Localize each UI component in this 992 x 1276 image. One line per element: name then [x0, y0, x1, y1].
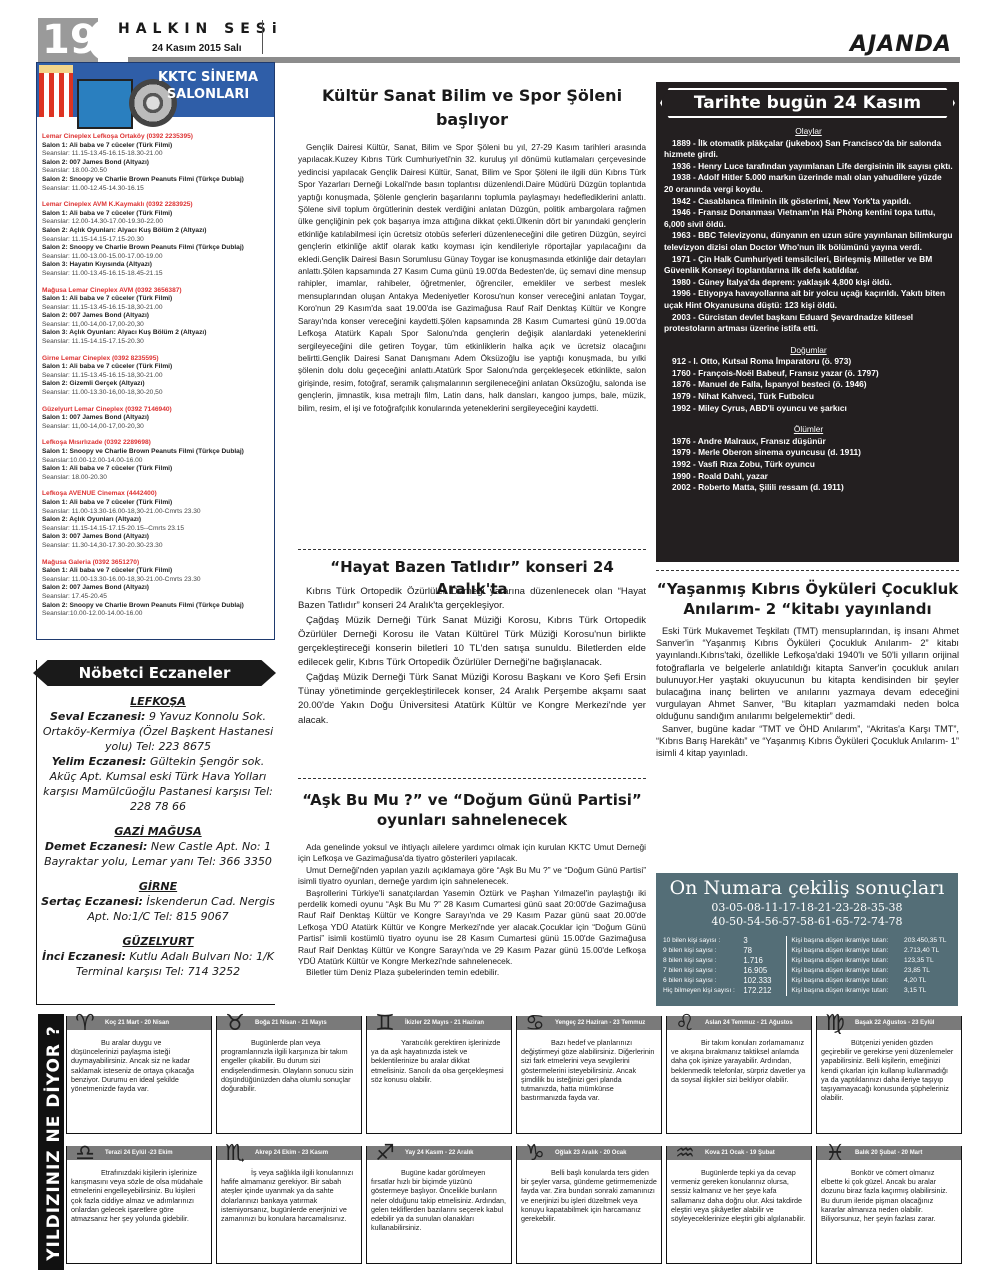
- history-section-label: Doğumlar: [664, 345, 953, 357]
- cinema-venue-list: Lemar Cineplex Lefkoşa Ortaköy (0392 223…: [42, 133, 270, 627]
- history-entry: 1889 - İlk otomatik plâkçalar (jukebox) …: [664, 138, 953, 161]
- pharmacy-entry: Seval Eczanesi: 9 Yavuz Konnolu Sok. Ort…: [41, 709, 275, 754]
- paragraph: Umut Derneği'nden yapılan yazılı açıklam…: [298, 865, 646, 888]
- horoscope-side-label: YILDIZINIZ NE DİYOR ?: [41, 1017, 67, 1269]
- section-title: AJANDA: [850, 32, 952, 58]
- salon-title: Salon 2: 007 James Bond (Altyazı): [42, 584, 270, 593]
- pharmacy-title: Nöbetci Eczaneler: [33, 660, 276, 686]
- sign-text: Bugüne kadar görülmeyen fırsatlar hızlı …: [367, 1160, 511, 1232]
- on-this-day-list: Olaylar1889 - İlk otomatik plâkçalar (ju…: [664, 126, 953, 494]
- cinema-venue: Lefkoşa AVENUE Cinemax (4442400)Salon 1:…: [42, 490, 270, 550]
- lottery-numbers-1: 03-05-08-11-17-18-21-23-28-35-38: [656, 901, 958, 915]
- showtimes: Seanslar: 17.45-20.45: [42, 593, 270, 602]
- salon-title: Salon 1: Ali baba ve 7 cüceler (Türk Fil…: [42, 567, 270, 576]
- venue-name: Lefkoşa AVENUE Cinemax (4442400): [42, 490, 270, 499]
- paragraph: Biletler tüm Deniz Plaza şubelerinden te…: [298, 967, 646, 978]
- match-label: Hiç bilmeyen kişi sayısı :: [663, 986, 743, 996]
- zodiac-icon: ♎: [71, 1140, 99, 1168]
- salon-title: Salon 2: 007 James Bond (Altyazı): [42, 159, 270, 168]
- cinema-venue: Girne Lemar Cineplex (0392 8235595)Salon…: [42, 355, 270, 398]
- zodiac-icon: ♈: [71, 1010, 99, 1038]
- pharmacy-name: Sertaç Eczanesi:: [41, 895, 143, 908]
- cinema-venue: Lemar Cineplex AVM K.Kaymaklı (0392 2283…: [42, 201, 270, 278]
- paragraph: Ada genelinde yoksul ve ihtiyaçlı ailele…: [298, 842, 646, 865]
- cinema-banner: KKTC SİNEMA SALONLARI: [37, 63, 274, 117]
- prize-label: Kişi başına düşen ikramiye tutarı:: [786, 986, 904, 996]
- showtimes: Seanslar: 12.00-14.30-17.00-19.30-22.00: [42, 218, 270, 227]
- salon-title: Salon 1: Ali baba ve 7 cüceler (Türk Fil…: [42, 465, 270, 474]
- showtimes: Seanslar: 11.00-12.45-14.30-16.15: [42, 185, 270, 194]
- lottery-row: 10 bilen kişi sayısı :3Kişi başına düşen…: [663, 936, 953, 946]
- showtimes: Seanslar:10.00-12.00-14.00-16.00: [42, 457, 270, 466]
- divider: [298, 778, 646, 779]
- popcorn-icon: [39, 65, 73, 117]
- showtimes: Seanslar: 11.00-13.45-16.15-18.45-21.15: [42, 270, 270, 279]
- history-entry: 1963 - BBC Televizyonu, dünyanın en uzun…: [664, 230, 953, 253]
- sign-text: Bazı hedef ve planlarınızı değiştirmeyi …: [517, 1030, 661, 1102]
- winner-count: 16.905: [743, 966, 786, 976]
- venue-name: Mağusa Galeria (0392 3651270): [42, 559, 270, 568]
- pharmacy-city: GÜZELYURT: [41, 934, 275, 949]
- prize-label: Kişi başına düşen ikramiye tutarı:: [786, 956, 904, 966]
- horoscope-sign: ♒Kova 21 Ocak - 19 ŞubatBugünlerde tepki…: [666, 1146, 812, 1264]
- cinema-venue: Mağusa Galeria (0392 3651270)Salon 1: Al…: [42, 559, 270, 619]
- book-headline: “Yaşanmış Kıbrıs Öyküleri Çocukluk Anıla…: [656, 579, 959, 619]
- sign-text: Bonkör ve cömert olmanız elbette ki çok …: [817, 1160, 961, 1223]
- showtimes: Seanslar: 11.00-13.30-16.00-18,30-21.00-…: [42, 576, 270, 585]
- showtimes: Seanslar: 18.00-20.30: [42, 474, 270, 483]
- lottery-prize-table: 10 bilen kişi sayısı :3Kişi başına düşen…: [663, 936, 953, 996]
- pharmacy-entry: Sertaç Eczanesi: İskenderun Cad. Nergis …: [41, 894, 275, 924]
- match-label: 10 bilen kişi sayısı :: [663, 936, 743, 946]
- horoscope-sign: ♎Terazi 24 Eylül -23 EkimEtrafınızdaki k…: [66, 1146, 212, 1264]
- festival-body: Gençlik Dairesi Kültür, Sanat, Bilim ve …: [298, 142, 646, 538]
- book-body: Eski Türk Mukavemet Teşkilatı (TMT) mens…: [656, 625, 959, 759]
- pharmacy-name: Seval Eczanesi:: [50, 710, 145, 723]
- cinema-venue: Güzelyurt Lemar Cineplex (0392 7146940)S…: [42, 406, 270, 432]
- salon-title: Salon 3: Hayatın Kıyısında (Altyazı): [42, 261, 270, 270]
- prize-amount: 23,85 TL: [904, 966, 953, 976]
- showtimes: Seanslar: 11.15-14.15-17.15-20.15--Cmrts…: [42, 525, 270, 534]
- cinema-venue: Lemar Cineplex Lefkoşa Ortaköy (0392 223…: [42, 133, 270, 193]
- showtimes: Seanslar: 11.30-14,30-17.30-20.30-23.30: [42, 542, 270, 551]
- showtimes: Seanslar: 11.00-13.30-16.00-18,30-21.00-…: [42, 508, 270, 517]
- pharmacy-entry: İnci Eczanesi: Kutlu Adalı Bulvarı No: 1…: [41, 949, 275, 979]
- match-label: 8 bilen kişi sayısı :: [663, 956, 743, 966]
- horoscope-sign: ♉Boğa 21 Nisan - 21 MayısBugünlerde plan…: [216, 1016, 362, 1134]
- venue-name: Güzelyurt Lemar Cineplex (0392 7146940): [42, 406, 270, 415]
- sign-text: Bu aralar duygu ve düşüncelerinizi payla…: [67, 1030, 211, 1093]
- divider: [656, 570, 959, 571]
- horoscope-sign: ♓Balık 20 Şubat - 20 MartBonkör ve cömer…: [816, 1146, 962, 1264]
- zodiac-icon: ♉: [221, 1010, 249, 1038]
- lottery-row: Hiç bilmeyen kişi sayısı :172.212Kişi ba…: [663, 986, 953, 996]
- pharmacy-entry: Yelim Eczanesi: Gültekin Şengör sok. Akü…: [41, 754, 275, 814]
- history-entry: 1990 - Roald Dahl, yazar: [664, 471, 953, 483]
- prize-amount: 123,35 TL: [904, 956, 953, 966]
- salon-title: Salon 3: Açlık Oyunları: Alyacı Kuş Bölü…: [42, 329, 270, 338]
- history-entry: 1876 - Manuel de Falla, İspanyol besteci…: [664, 379, 953, 391]
- showtimes: Seanslar: 11.15-13.45-16.15-18,30-21.00: [42, 372, 270, 381]
- history-entry: 1980 - Güney İtalya'da deprem: yaklaşık …: [664, 277, 953, 289]
- winner-count: 1.716: [743, 956, 786, 966]
- match-label: 6 bilen kişi sayısı :: [663, 976, 743, 986]
- history-entry: 1942 - Casablanca filminin ilk gösterimi…: [664, 196, 953, 208]
- paragraph: Sanver, bugüne kadar “TMT ve ÖHD Anıları…: [656, 723, 959, 760]
- venue-name: Lemar Cineplex AVM K.Kaymaklı (0392 2283…: [42, 201, 270, 210]
- history-entry: 2002 - Roberto Matta, Şilili ressam (d. …: [664, 482, 953, 494]
- sign-text: İş veya sağlıkla ilgili konularınızı haf…: [217, 1160, 361, 1223]
- showtimes: Seanslar: 18.00-20.50: [42, 167, 270, 176]
- showtimes: Seanslar: 11.00-13.30-16,00-18,30-20,50: [42, 389, 270, 398]
- newspaper-name: HALKIN SESi: [118, 20, 283, 38]
- horoscope-sign: ♊İkizler 22 Mayıs - 21 HaziranYaratıcılı…: [366, 1016, 512, 1134]
- salon-title: Salon 3: 007 James Bond (Altyazı): [42, 533, 270, 542]
- lottery-row: 7 bilen kişi sayısı :16.905Kişi başına d…: [663, 966, 953, 976]
- prize-amount: 203.450,35 TL: [904, 936, 953, 946]
- zodiac-icon: ♏: [221, 1140, 249, 1168]
- paragraph: Çağdaş Müzik Derneği Türk Sanat Müziği K…: [298, 614, 646, 671]
- history-entry: 2003 - Gürcistan devlet başkanı Eduard Ş…: [664, 312, 953, 335]
- book-article: “Yaşanmış Kıbrıs Öyküleri Çocukluk Anıla…: [656, 570, 959, 759]
- salon-title: Salon 2: Gizemli Gerçek (Altyazı): [42, 380, 270, 389]
- horoscope-sign: ♐Yay 24 Kasım - 22 AralıkBugüne kadar gö…: [366, 1146, 512, 1264]
- showtimes: Seanslar: 11.15-14.15-17.15-20.30: [42, 236, 270, 245]
- lottery-title: On Numara çekiliş sonuçları: [656, 875, 958, 901]
- salon-title: Salon 2: 007 James Bond (Altyazı): [42, 312, 270, 321]
- showtimes: Seanslar: 11.15-14.15-17.15-20.30: [42, 338, 270, 347]
- pharmacy-entry: Demet Eczanesi: New Castle Apt. No: 1 Ba…: [41, 839, 275, 869]
- venue-name: Mağusa Lemar Cineplex AVM (0392 3656387): [42, 287, 270, 296]
- lottery-row: 9 bilen kişi sayısı :78Kişi başına düşen…: [663, 946, 953, 956]
- history-entry: 1760 - François-Noël Babeuf, Fransız yaz…: [664, 368, 953, 380]
- winner-count: 102.333: [743, 976, 786, 986]
- horoscope-side-title: YILDIZINIZ NE DİYOR ?: [38, 1014, 64, 1270]
- history-section-label: Ölümler: [664, 424, 953, 436]
- match-label: 7 bilen kişi sayısı :: [663, 966, 743, 976]
- prize-label: Kişi başına düşen ikramiye tutarı:: [786, 946, 904, 956]
- theatre-headline: “Aşk Bu Mu ?” ve “Doğum Günü Partisi” oy…: [298, 790, 646, 830]
- lottery-numbers-2: 40-50-54-56-57-58-61-65-72-74-78: [656, 915, 958, 929]
- pharmacy-city: GAZİ MAĞUSA: [41, 824, 275, 839]
- on-this-day-box: Tarihte bugün 24 Kasım Olaylar1889 - İlk…: [656, 82, 959, 562]
- horoscope-sign: ♑Oğlak 23 Aralık - 20 OcakBelli başlı ko…: [516, 1146, 662, 1264]
- showtimes: Seanslar: 11.15-13.45-16.15-18.30-21.00: [42, 150, 270, 159]
- history-entry: 1936 - Henry Luce tarafından yayımlanan …: [664, 161, 953, 173]
- cinema-title: KKTC SİNEMA SALONLARI: [148, 69, 268, 103]
- zodiac-icon: ♑: [521, 1140, 549, 1168]
- history-section-label: Olaylar: [664, 126, 953, 138]
- on-this-day-title: Tarihte bugün 24 Kasım: [660, 88, 955, 118]
- theatre-body: Ada genelinde yoksul ve ihtiyaçlı ailele…: [298, 842, 646, 979]
- venue-name: Lefkoşa Mısırlızade (0392 2289698): [42, 439, 270, 448]
- horoscope-sign: ♍Başak 22 Ağustos - 23 EylülBütçenizi ye…: [816, 1016, 962, 1134]
- sign-text: Yaratıcılık gerektiren işlerinizde ya da…: [367, 1030, 511, 1084]
- sign-text: Belli başlı konularda ters giden bir şey…: [517, 1160, 661, 1223]
- issue-date: 24 Kasım 2015 Salı: [152, 42, 242, 56]
- history-entry: 1992 - Vasfi Rıza Zobu, Türk oyuncu: [664, 459, 953, 471]
- history-entry: 1979 - Merle Oberon sinema oyuncusu (d. …: [664, 447, 953, 459]
- pharmacy-city: LEFKOŞA: [41, 694, 275, 709]
- salon-title: Salon 1: 007 James Bond (Altyazı): [42, 414, 270, 423]
- cinema-venue: Mağusa Lemar Cineplex AVM (0392 3656387)…: [42, 287, 270, 347]
- salon-title: Salon 2: Açlık Oyunları (Altyazı): [42, 516, 270, 525]
- salon-title: Salon 1: Snoopy ve Charlie Brown Peanuts…: [42, 448, 270, 457]
- on-duty-pharmacies: Nöbetci Eczaneler LEFKOŞASeval Eczanesi:…: [36, 660, 275, 1005]
- showtimes: Seanslar: 11,00-14,00-17,00-20,30: [42, 321, 270, 330]
- history-entry: 1946 - Fransız Donanması Vietnam'ın Hải …: [664, 207, 953, 230]
- sign-text: Bugünlerde tepki ya da cevap vermeniz ge…: [667, 1160, 811, 1223]
- salon-title: Salon 1: Ali baba ve 7 cüceler (Türk Fil…: [42, 295, 270, 304]
- paragraph: Eski Türk Mukavemet Teşkilatı (TMT) mens…: [656, 625, 959, 723]
- salon-title: Salon 1: Ali baba ve 7 cüceler (Türk Fil…: [42, 210, 270, 219]
- horoscope-sign: ♌Aslan 24 Temmuz - 21 AğustosBir takım k…: [666, 1016, 812, 1134]
- zodiac-icon: ♋: [521, 1010, 549, 1038]
- paragraph: Çağdaş Müzik Derneği Türk Sanat Müziği K…: [298, 671, 646, 728]
- lottery-row: 8 bilen kişi sayısı :1.716Kişi başına dü…: [663, 956, 953, 966]
- showtimes: Seanslar: 11.00-13.00-15.00-17.00-19.00: [42, 253, 270, 262]
- history-entry: 1996 - Etiyopya havayollarına ait bir yo…: [664, 288, 953, 311]
- sign-text: Bir takım konuları zorlamamanız ve akışı…: [667, 1030, 811, 1084]
- concert-body: Kıbrıs Türk Ortopedik Özürlüler Derneği …: [298, 585, 646, 728]
- salon-title: Salon 1: Ali baba ve 7 cüceler (Türk Fil…: [42, 363, 270, 372]
- paragraph: Başrollerini Türkiye'li sanatçılardan Ya…: [298, 888, 646, 968]
- pharmacy-name: Yelim Eczanesi:: [52, 755, 147, 768]
- winner-count: 172.212: [743, 986, 786, 996]
- salon-title: Salon 2: Açlık Oyunları: Alyacı Kuş Bölü…: [42, 227, 270, 236]
- showtimes: Seanslar:10.00-12.00-14.00-16.00: [42, 610, 270, 619]
- zodiac-icon: ♊: [371, 1010, 399, 1038]
- horoscope-sign: ♏Akrep 24 Ekim - 23 Kasımİş veya sağlıkl…: [216, 1146, 362, 1264]
- history-entry: 1971 - Çin Halk Cumhuriyeti temsilcileri…: [664, 254, 953, 277]
- zodiac-icon: ♍: [821, 1010, 849, 1038]
- salon-title: Salon 2: Snoopy ve Charlie Brown Peanuts…: [42, 244, 270, 253]
- history-entry: 1938 - Adolf Hitler 5.000 markın üzerind…: [664, 172, 953, 195]
- prize-label: Kişi başına düşen ikramiye tutarı:: [786, 976, 904, 986]
- history-entry: 1979 - Nihat Kahveci, Türk Futbolcu: [664, 391, 953, 403]
- salon-title: Salon 2: Snoopy ve Charlie Brown Peanuts…: [42, 176, 270, 185]
- sign-text: Bütçenizi yeniden gözden geçirebilir ve …: [817, 1030, 961, 1102]
- prize-label: Kişi başına düşen ikramiye tutarı:: [786, 966, 904, 976]
- pharmacy-city: GİRNE: [41, 879, 275, 894]
- history-entry: 1992 - Miley Cyrus, ABD'li oyuncu ve şar…: [664, 403, 953, 415]
- salon-title: Salon 2: Snoopy ve Charlie Brown Peanuts…: [42, 602, 270, 611]
- venue-name: Lemar Cineplex Lefkoşa Ortaköy (0392 223…: [42, 133, 270, 142]
- prize-amount: 3,15 TL: [904, 986, 953, 996]
- match-label: 9 bilen kişi sayısı :: [663, 946, 743, 956]
- zodiac-icon: ♓: [821, 1140, 849, 1168]
- horoscope-sign: ♈Koç 21 Mart - 20 NisanBu aralar duygu v…: [66, 1016, 212, 1134]
- showtimes: Seanslar: 11,00-14,00-17,00-20,30: [42, 423, 270, 432]
- history-entry: 1976 - Andre Malraux, Fransız düşünür: [664, 436, 953, 448]
- salon-title: Salon 1: Ali baba ve 7 cüceler (Türk Fil…: [42, 142, 270, 151]
- pharmacy-name: İnci Eczanesi:: [42, 950, 126, 963]
- clapperboard-icon: [77, 79, 133, 129]
- header-divider: [262, 20, 263, 54]
- prize-amount: 4,20 TL: [904, 976, 953, 986]
- lottery-results: On Numara çekiliş sonuçları 03-05-08-11-…: [656, 873, 958, 1006]
- history-entry: 912 - I. Otto, Kutsal Roma İmparatoru (ö…: [664, 356, 953, 368]
- cinema-listings: KKTC SİNEMA SALONLARI Lemar Cineplex Lef…: [36, 62, 275, 640]
- zodiac-icon: ♌: [671, 1010, 699, 1038]
- lottery-row: 6 bilen kişi sayısı :102.333Kişi başına …: [663, 976, 953, 986]
- divider: [298, 549, 646, 550]
- winner-count: 78: [743, 946, 786, 956]
- paragraph: Kıbrıs Türk Ortopedik Özürlüler Derneği …: [298, 585, 646, 614]
- prize-amount: 2.713,40 TL: [904, 946, 953, 956]
- sign-text: Bugünlerde plan veya programlarınızla il…: [217, 1030, 361, 1093]
- zodiac-icon: ♒: [671, 1140, 699, 1168]
- venue-name: Girne Lemar Cineplex (0392 8235595): [42, 355, 270, 364]
- cinema-venue: Lefkoşa Mısırlızade (0392 2289698)Salon …: [42, 439, 270, 482]
- prize-label: Kişi başına düşen ikramiye tutarı:: [786, 936, 904, 946]
- salon-title: Salon 1: Ali baba ve 7 cüceler (Türk Fil…: [42, 499, 270, 508]
- pharmacy-name: Demet Eczanesi:: [45, 840, 147, 853]
- zodiac-icon: ♐: [371, 1140, 399, 1168]
- pharmacy-list: LEFKOŞASeval Eczanesi: 9 Yavuz Konnolu S…: [41, 694, 275, 979]
- festival-headline: Kültür Sanat Bilim ve Spor Şöleni başlıy…: [298, 84, 646, 132]
- showtimes: Seanslar: 11.15-13.45-16.15-18,30-21.00: [42, 304, 270, 313]
- sign-text: Etrafınızdaki kişilerin işlerinize karış…: [67, 1160, 211, 1223]
- horoscope-sign: ♋Yengeç 22 Haziran - 23 TemmuzBazı hedef…: [516, 1016, 662, 1134]
- winner-count: 3: [743, 936, 786, 946]
